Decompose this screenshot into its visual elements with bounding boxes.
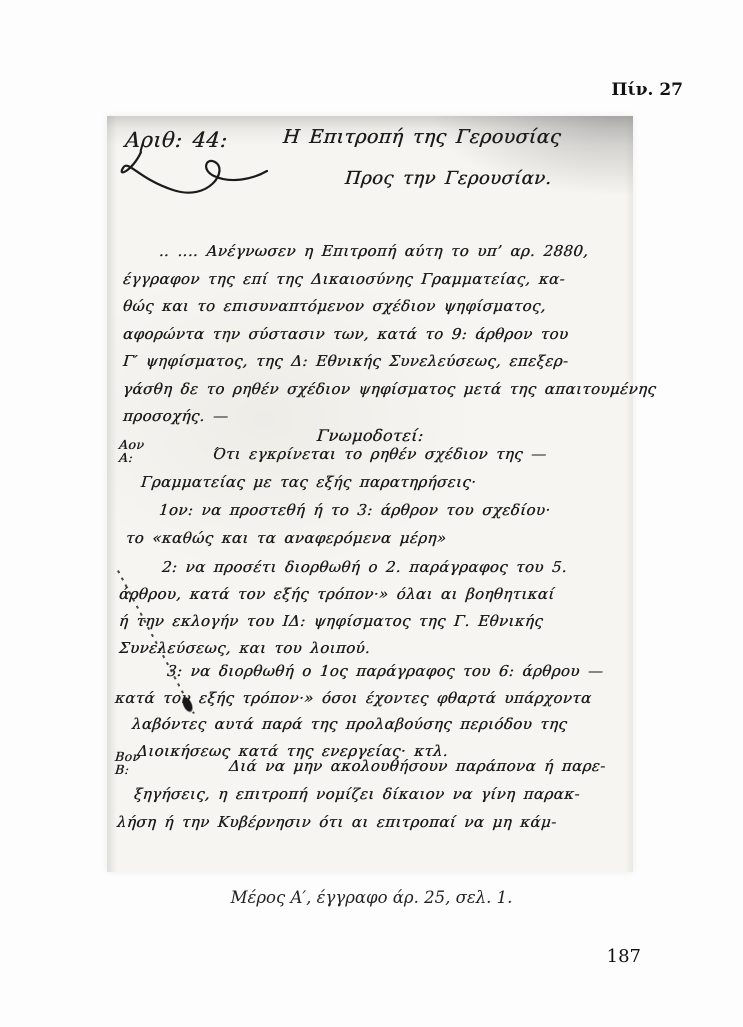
intro-paragraph: ‥ ‥‥ Ανέγνωσεν η Επιτροπή αύτη το υπ’ αρ… (123, 238, 625, 431)
item-2-paragraph: 2: να προσέτι διορθωθή ο 2. παράγραφος τ… (119, 554, 624, 662)
handwritten-line: 1ον: να προστεθή ή το 3: άρθρον του σχεδ… (125, 496, 622, 524)
handwritten-line: Ότι εγκρίνεται το ρηθέν σχέδιον της — (140, 440, 622, 468)
handwritten-line: ‥ ‥‥ Ανέγνωσεν η Επιτροπή αύτη το υπ’ αρ… (122, 238, 626, 266)
section-a-paragraph: Ότι εγκρίνεται το ρηθέν σχέδιον της — Γρ… (141, 440, 621, 496)
handwritten-line: έγγραφον της επί της Δικαιοσύνης Γραμματ… (122, 266, 626, 294)
document-title-line2: Προς την Γερουσίαν. (344, 168, 552, 189)
handwritten-line: το «καθώς και τα αναφερόμενα μέρη» (125, 524, 622, 552)
handwritten-line: θώς και το επισυναπτόμενον σχέδιον ψηφίσ… (122, 293, 626, 321)
page-number: 187 (607, 946, 641, 967)
handwritten-line: άρθρου, κατά τον εξής τρόπον·» όλαι αι β… (118, 581, 625, 608)
handwritten-line: 2: να προσέτι διορθωθή ο 2. παράγραφος τ… (118, 554, 625, 581)
handwritten-line: ξηγήσεις, η επιτροπή νομίζει δίκαιον να … (116, 780, 628, 808)
handwritten-line: Γ′ ψηφίσματος, της Δ: Εθνικής Συνελεύσεω… (122, 348, 626, 376)
manuscript-scan: Αριθ: 44: Η Επιτροπή της Γερουσίας Προς … (107, 116, 633, 872)
handwritten-line: Διά να μην ακολουθήσουν παράπονα ή παρε- (116, 752, 628, 780)
section-b-paragraph: Διά να μην ακολουθήσουν παράπονα ή παρε-… (117, 752, 627, 836)
figure-caption: Μέρος Α′, έγγραφο άρ. 25, σελ. 1. (0, 888, 743, 907)
document-title-line1: Η Επιτροπή της Γερουσίας (282, 126, 562, 148)
handwritten-line: λήση ή την Κυβέρνησιν ότι αι επιτροπαί ν… (116, 808, 628, 836)
handwritten-line: 3: να διορθωθή ο 1ος παράγραφος του 6: ά… (114, 658, 626, 685)
handwritten-line: γάσθη δε το ρηθέν σχέδιον ψηφίσματος μετ… (122, 376, 626, 404)
handwritten-line: ή την εκλογήν του ΙΔ: ψηφίσματος της Γ. … (118, 608, 625, 635)
item-1-paragraph: 1ον: να προστεθή ή το 3: άρθρον του σχεδ… (126, 496, 621, 552)
flourish-stroke (111, 148, 276, 220)
handwritten-line: αφορώντα την σύστασιν των, κατά το 9: άρ… (122, 321, 626, 349)
handwritten-line: λαβόντες αυτά παρά της προλαβούσης περιό… (114, 711, 626, 738)
plate-label: Πίν. 27 (611, 80, 683, 100)
handwritten-line: Γραμματείας με τας εξής παρατηρήσεις· (140, 468, 622, 496)
